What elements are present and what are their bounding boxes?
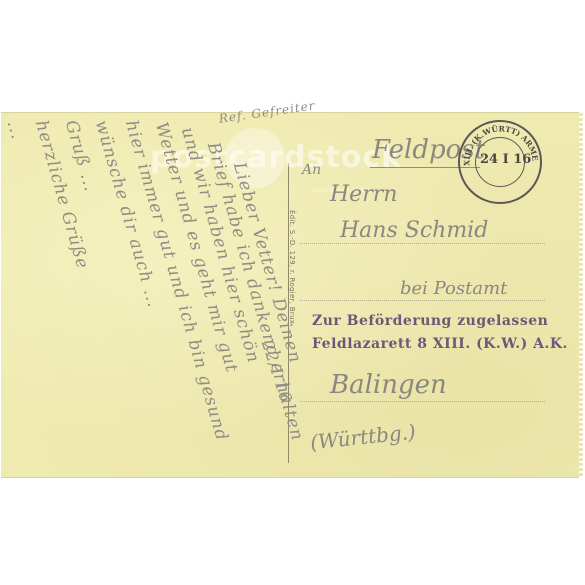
address-line: Balingen — [330, 370, 447, 400]
address-rule — [300, 300, 545, 301]
address-rule — [300, 243, 545, 244]
address-line: bei Postamt — [400, 278, 507, 299]
address-rule — [300, 401, 545, 402]
address-line: Hans Schmid — [340, 218, 488, 243]
censor-stamp-line1: Zur Beförderung zugelassen — [312, 313, 548, 329]
postmark-date: 24 I 16 — [480, 152, 531, 167]
address-line: An — [302, 162, 321, 178]
postmark: XIII. (K.WÜRTT) ARMEEKORPS 24 I 16 — [458, 120, 542, 204]
censor-stamp-line2: Feldlazarett 8 XIII. (K.W.) A.K. — [312, 336, 568, 352]
address-line: Herrn — [330, 182, 397, 207]
